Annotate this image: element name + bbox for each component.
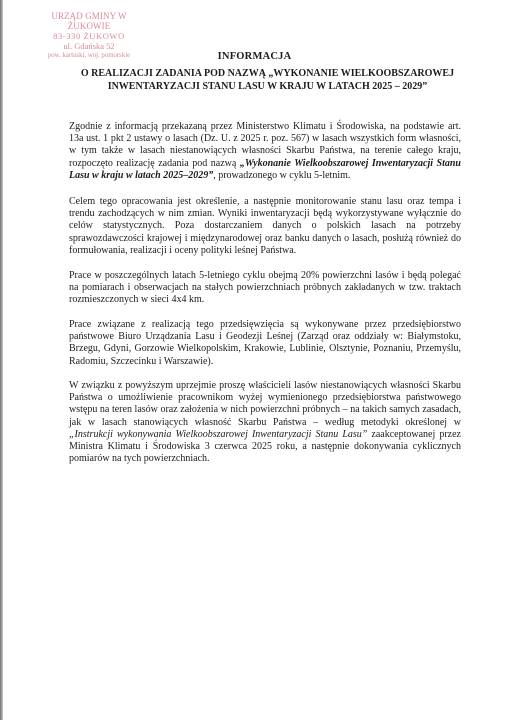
stamp-line-street: ul. Gdańska 52 [30,41,148,51]
scan-edge [0,0,3,720]
stamp-line-office: URZĄD GMINY W ŻUKOWIE [30,11,148,31]
paragraph-request: W związku z powyższym uprzejmie proszę w… [69,380,461,465]
paragraph-contractor: Prace związane z realizacją tego przedsi… [69,319,461,368]
paragraph-intro-end: , prowadzonego w cyklu 5-letnim. [213,170,350,181]
paragraph-purpose: Celem tego opracowania jest określenie, … [69,196,461,257]
paragraph-scope-text: Prace w poszczególnych latach 5-letniego… [69,270,461,305]
document-subtitle: O REALIZACJI ZADANIA POD NAZWĄ „WYKONANI… [80,67,455,93]
paragraph-contractor-text: Prace związane z realizacją tego przedsi… [69,319,461,367]
instruction-title-emphasis: „Instrukcji wykonywania Wielkoobszarowej… [69,429,367,440]
paragraph-request-text: W związku z powyższym uprzejmie proszę w… [69,380,461,428]
paragraph-intro: Zgodnie z informacją przekazaną przez Mi… [69,121,461,182]
document-title: INFORMACJA [0,51,509,62]
paragraph-scope: Prace w poszczególnych latach 5-letniego… [69,270,461,307]
paragraph-purpose-text: Celem tego opracowania jest określenie, … [69,196,461,256]
stamp-line-postcode: 83-330 ŻUKOWO [30,31,148,41]
